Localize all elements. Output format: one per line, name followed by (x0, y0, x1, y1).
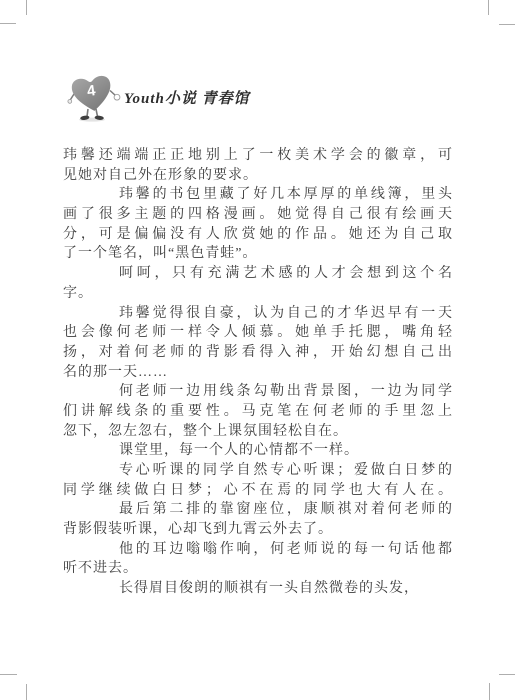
text-line: 何老师一边用线条勾勒出背景图，一边为同学 (63, 382, 453, 402)
brand-title: Youth小说 青春馆 (124, 90, 250, 108)
text-line: 玮馨还端端正正地别上了一枚美术学会的徽章，可 (63, 146, 453, 166)
corner-mark-bottom-left-horizontal (0, 674, 17, 675)
text-line: 长得眉目俊朗的顺祺有一头自然微卷的头发， (63, 579, 453, 599)
text-line: 忽下，忽左忽右，整个上课氛围轻松自在。 (63, 422, 453, 442)
text-line: 也会像何老师一样令人倾慕。她单手托腮，嘴角轻 (63, 323, 453, 343)
corner-mark-bottom-right-vertical (489, 683, 490, 700)
text-line: 专心听课的同学自然专心听课；爱做白日梦的 (63, 461, 453, 481)
corner-mark-top-right-horizontal (499, 24, 515, 25)
text-line: 玮馨觉得很自豪，认为自己的才华迟早有一天 (63, 304, 453, 324)
mascot-heart-body: 4 (71, 75, 114, 114)
text-line: 见她对自己外在形象的要求。 (63, 166, 453, 186)
text-line: 同学继续做白日梦；心不在焉的同学也大有人在。 (63, 481, 453, 501)
mascot-left-hand (68, 100, 72, 104)
text-line: 扬，对着何老师的背影看得入神，开始幻想自己出 (63, 343, 453, 363)
corner-mark-top-left-horizontal (0, 23, 16, 24)
text-line: 呵呵，只有充满艺术感的人才会想到这个名 (63, 264, 453, 284)
text-line: 名的那一天…… (63, 363, 453, 383)
text-line: 画了很多主题的四格漫画。她觉得自己很有绘画天 (63, 205, 453, 225)
text-line: 分，可是偏偏没有人欣赏她的作品。她还为自己取 (63, 225, 453, 245)
text-line: 课堂里，每一个人的心情都不一样。 (63, 441, 453, 461)
book-page: 4 Youth小说 青春馆 玮馨还端端正正地别上了一枚美术学会的徽章，可见她对自… (0, 0, 515, 700)
text-line: 听不进去。 (63, 559, 453, 579)
text-line: 玮馨的书包里藏了好几本厚厚的单线簿，里头 (63, 185, 453, 205)
mascot-right-hand (114, 94, 120, 100)
mascot-right-leg (96, 109, 98, 117)
corner-mark-top-left-vertical (26, 0, 27, 15)
mascot-left-arm (70, 94, 74, 100)
text-line: 们讲解线条的重要性。马克笔在何老师的手里忽上 (63, 402, 453, 422)
corner-mark-bottom-left-vertical (26, 684, 27, 700)
corner-mark-bottom-right-horizontal (499, 674, 515, 675)
text-line: 背影假装听课，心却飞到九霄云外去了。 (63, 520, 453, 540)
mascot-left-leg (87, 109, 88, 117)
body-text: 玮馨还端端正正地别上了一枚美术学会的徽章，可见她对自己外在形象的要求。玮馨的书包… (63, 146, 453, 599)
text-line: 字。 (63, 284, 453, 304)
text-line: 了一个笔名，叫“黑色青蛙”。 (63, 244, 453, 264)
text-line: 他的耳边嗡嗡作响，何老师说的每一句话他都 (63, 540, 453, 560)
corner-mark-top-right-vertical (488, 0, 489, 15)
heart-mascot-icon: 4 (66, 71, 122, 123)
text-line: 最后第二排的靠窗座位，康顺祺对着何老师的 (63, 500, 453, 520)
